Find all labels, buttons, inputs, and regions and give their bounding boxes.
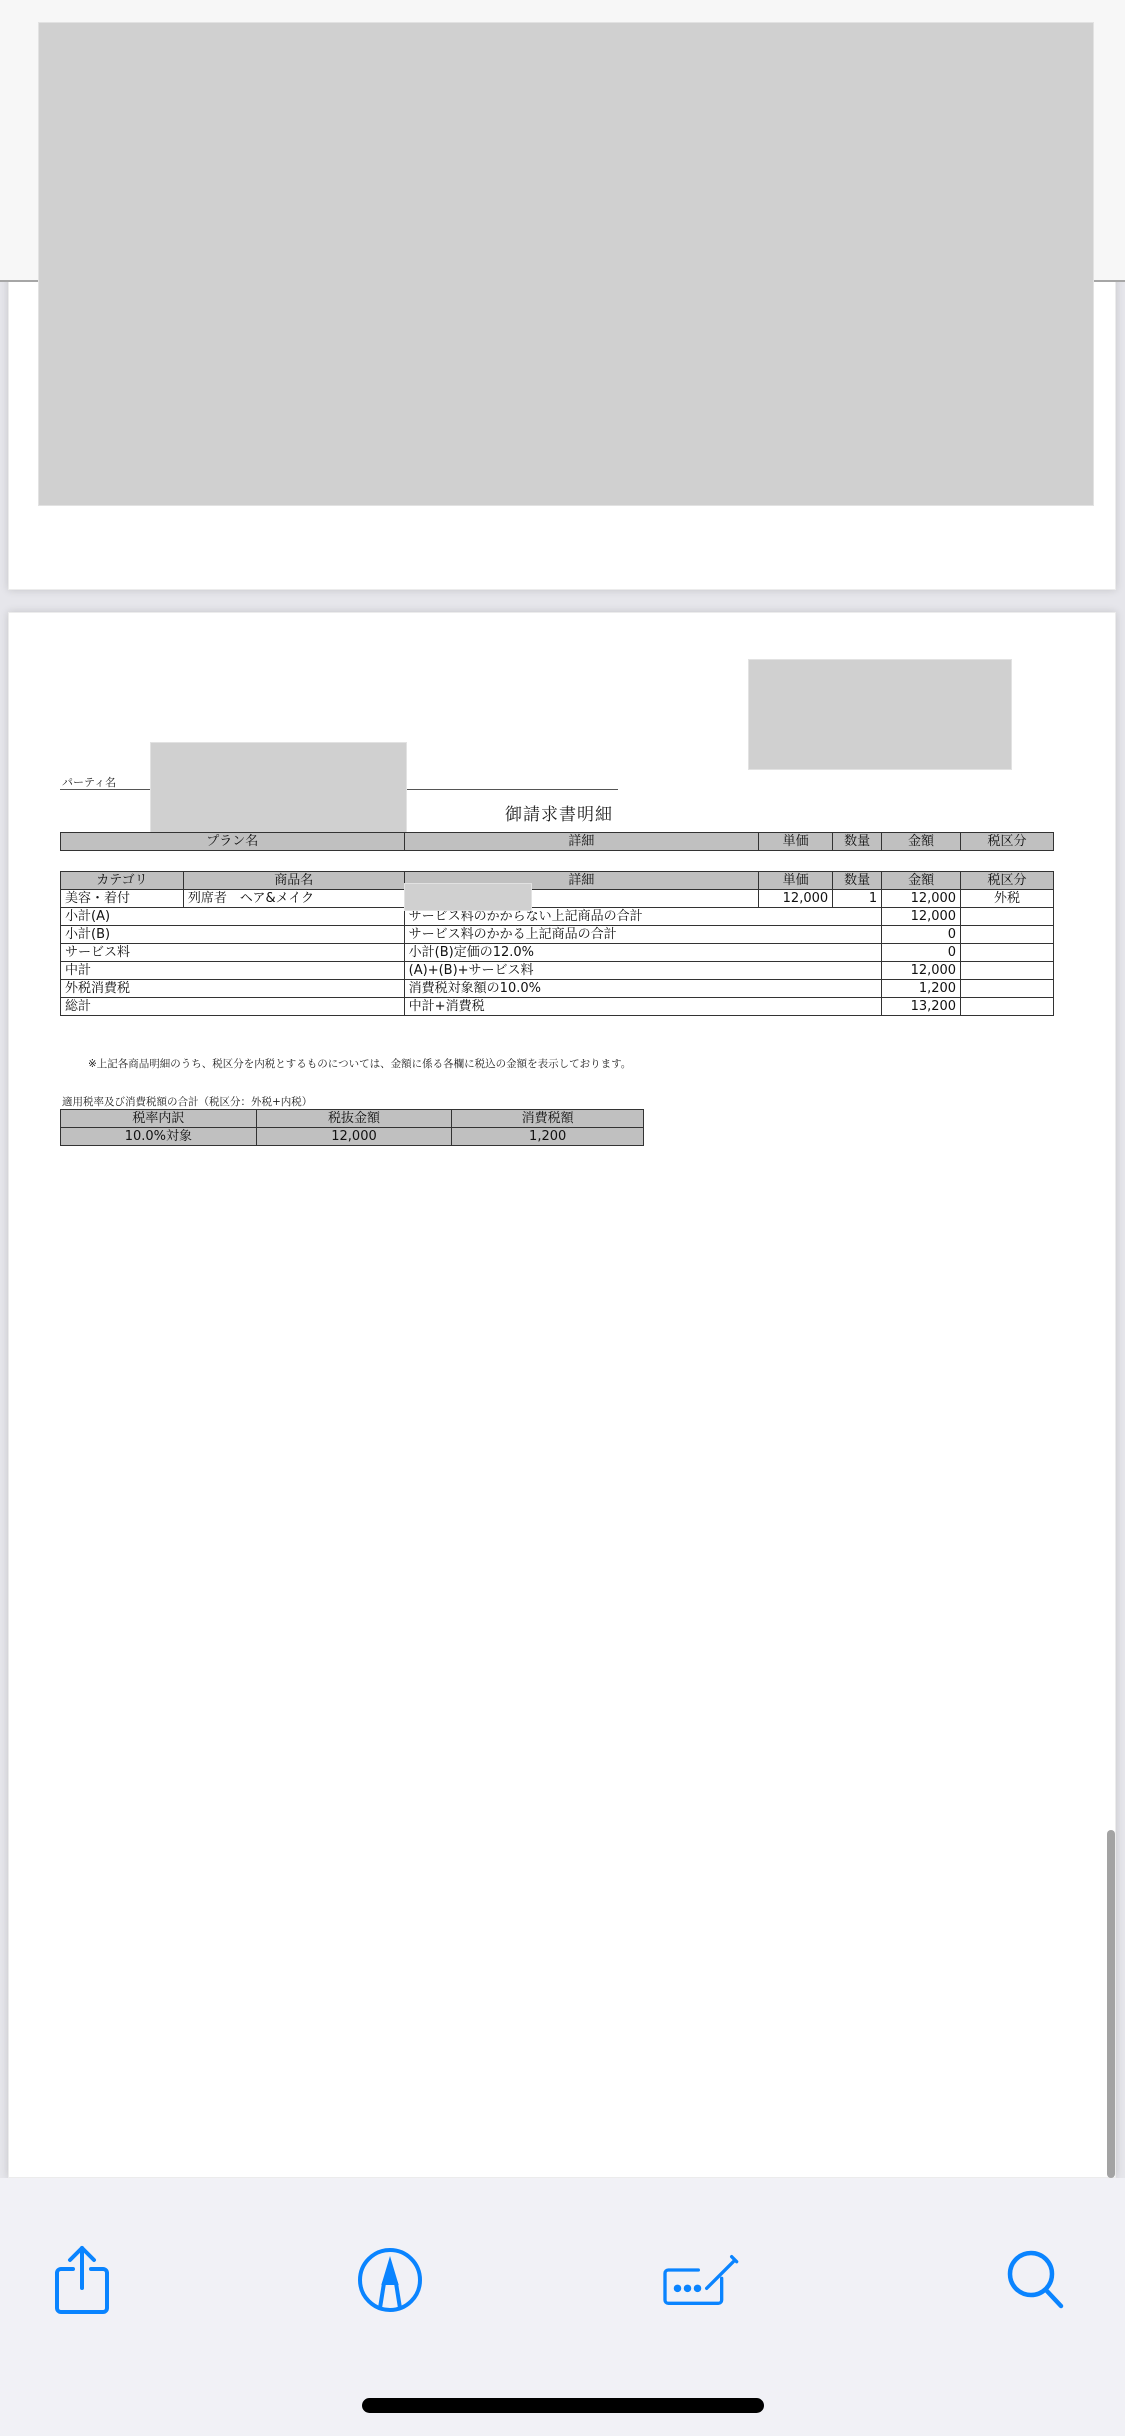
summary-detail: 小計(B)定価の12.0% xyxy=(404,944,881,962)
item-category: 美容・着付 xyxy=(61,890,184,908)
summary-label: 外税消費税 xyxy=(61,980,405,998)
table-row: 10.0%対象 12,000 1,200 xyxy=(61,1128,644,1146)
share-button[interactable] xyxy=(42,2240,122,2320)
summary-amount: 0 xyxy=(882,926,961,944)
summary-tax-type xyxy=(961,926,1054,944)
summary-label: サービス料 xyxy=(61,944,405,962)
items-header-row: カテゴリ 商品名 詳細 単価 数量 金額 税区分 xyxy=(61,872,1054,890)
summary-amount: 13,200 xyxy=(882,998,961,1016)
item-unit-price: 12,000 xyxy=(759,890,833,908)
col-detail: 詳細 xyxy=(404,833,759,851)
col-qty: 数量 xyxy=(833,833,882,851)
rate-value: 10.0%対象 xyxy=(61,1128,257,1146)
summary-tax-type xyxy=(961,998,1054,1016)
rate-header-row: 税率内訳 税抜金額 消費税額 xyxy=(61,1110,644,1128)
party-name-label: パーティ名 xyxy=(62,774,116,790)
col-rate: 税率内訳 xyxy=(61,1110,257,1128)
summary-detail: サービス料のかかる上記商品の合計 xyxy=(404,926,881,944)
invoice-title: 御請求書明細 xyxy=(505,800,613,825)
col-category: カテゴリ xyxy=(61,872,184,890)
plan-table: プラン名 詳細 単価 数量 金額 税区分 xyxy=(60,832,1054,851)
col-plan-name: プラン名 xyxy=(61,833,405,851)
col-unit-price: 単価 xyxy=(759,833,833,851)
col-product: 商品名 xyxy=(183,872,404,890)
summary-amount: 12,000 xyxy=(882,962,961,980)
vertical-scrollbar[interactable] xyxy=(1107,1830,1115,2178)
search-button[interactable] xyxy=(997,2240,1077,2320)
col-pretax: 税抜金額 xyxy=(256,1110,452,1128)
col-tax: 消費税額 xyxy=(452,1110,644,1128)
item-qty: 1 xyxy=(833,890,882,908)
item-amount: 12,000 xyxy=(882,890,961,908)
col-tax-type: 税区分 xyxy=(961,833,1054,851)
rate-table-caption: 適用税率及び消費税額の合計（税区分：外税+内税） xyxy=(62,1094,312,1109)
summary-row: 総計中計+消費税13,200 xyxy=(61,998,1054,1016)
share-icon xyxy=(52,2242,112,2318)
item-product: 列席者 ヘア&メイク xyxy=(183,890,404,908)
home-indicator[interactable] xyxy=(362,2398,764,2413)
form-fill-button[interactable] xyxy=(660,2240,740,2320)
col-tax-type: 税区分 xyxy=(961,872,1054,890)
summary-label: 小計(A) xyxy=(61,908,405,926)
redacted-party-name xyxy=(150,742,407,834)
pretax-value: 12,000 xyxy=(256,1128,452,1146)
redacted-item-detail xyxy=(404,883,532,911)
col-qty: 数量 xyxy=(833,872,882,890)
col-amount: 金額 xyxy=(882,833,961,851)
summary-row: 中計(A)+(B)+サービス料12,000 xyxy=(61,962,1054,980)
form-fill-icon xyxy=(660,2248,740,2312)
summary-row: 外税消費税消費税対象額の10.0%1,200 xyxy=(61,980,1054,998)
summary-tax-type xyxy=(961,908,1054,926)
plan-header-row: プラン名 詳細 単価 数量 金額 税区分 xyxy=(61,833,1054,851)
col-unit-price: 単価 xyxy=(759,872,833,890)
summary-amount: 0 xyxy=(882,944,961,962)
summary-detail: 中計+消費税 xyxy=(404,998,881,1016)
items-table: カテゴリ 商品名 詳細 単価 数量 金額 税区分 美容・着付 列席者 ヘア&メイ… xyxy=(60,871,1054,1016)
tax-rate-table: 税率内訳 税抜金額 消費税額 10.0%対象 12,000 1,200 xyxy=(60,1109,644,1146)
summary-label: 中計 xyxy=(61,962,405,980)
summary-tax-type xyxy=(961,944,1054,962)
tax-value: 1,200 xyxy=(452,1128,644,1146)
redacted-header-block xyxy=(38,22,1094,506)
summary-row: 小計(A)サービス料のかからない上記商品の合計12,000 xyxy=(61,908,1054,926)
summary-row: 小計(B)サービス料のかかる上記商品の合計0 xyxy=(61,926,1054,944)
summary-row: サービス料小計(B)定価の12.0%0 xyxy=(61,944,1054,962)
summary-amount: 1,200 xyxy=(882,980,961,998)
item-tax-type: 外税 xyxy=(961,890,1054,908)
markup-button[interactable] xyxy=(350,2240,430,2320)
summary-detail: 消費税対象額の10.0% xyxy=(404,980,881,998)
summary-label: 小計(B) xyxy=(61,926,405,944)
redacted-logo xyxy=(748,659,1012,770)
summary-label: 総計 xyxy=(61,998,405,1016)
summary-amount: 12,000 xyxy=(882,908,961,926)
summary-detail: (A)+(B)+サービス料 xyxy=(404,962,881,980)
tax-note: ※上記各商品明細のうち、税区分を内税とするものについては、金額に係る各欄に税込の… xyxy=(88,1056,631,1071)
summary-tax-type xyxy=(961,980,1054,998)
table-row: 美容・着付 列席者 ヘア&メイク 12,000 1 12,000 外税 xyxy=(61,890,1054,908)
summary-tax-type xyxy=(961,962,1054,980)
col-amount: 金額 xyxy=(882,872,961,890)
markup-pen-icon xyxy=(355,2245,425,2315)
search-icon xyxy=(1005,2248,1069,2312)
